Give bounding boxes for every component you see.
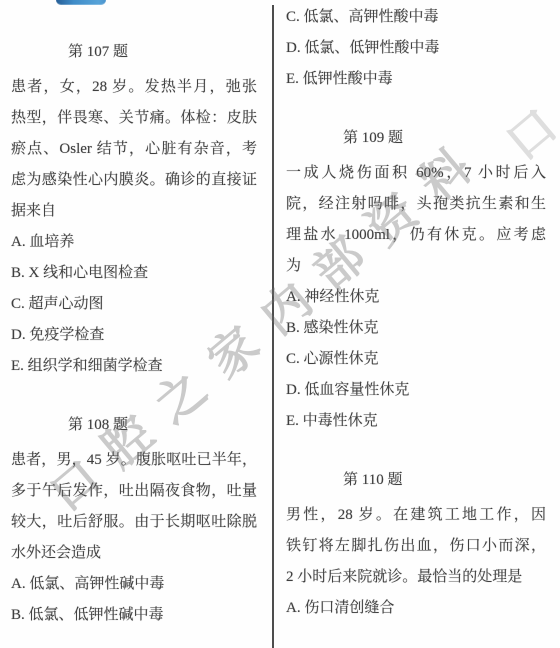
question-110-body-line: 男性，28 岁。在建筑工地工作，因	[286, 500, 546, 531]
question-108-option-c: C. 低氯、高钾性酸中毒	[286, 2, 546, 33]
question-107-option-c: C. 超声心动图	[11, 289, 257, 320]
question-109-option-d: D. 低血容量性休克	[286, 375, 546, 406]
question-108-body-line: 较大，吐后舒服。由于长期呕吐除脱	[11, 507, 257, 538]
question-109-header: 第 109 题	[286, 123, 546, 154]
question-109-body-line: 院，经注射吗啡，头孢类抗生素和生	[286, 189, 546, 220]
question-109-option-a: A. 神经性休克	[286, 282, 546, 313]
question-110-header: 第 110 题	[286, 465, 546, 496]
question-107-body-line: 据来自	[11, 196, 257, 227]
left-column: 第 107 题 患者，女，28 岁。发热半月，弛张 热型，伴畏寒、关节痛。体检：…	[0, 0, 273, 631]
question-108-body-line: 水外还会造成	[11, 538, 257, 569]
question-107-body-line: 热型，伴畏寒、关节痛。体检：皮肤	[11, 103, 257, 134]
question-109-body-line: 一成人烧伤面积 60%，7 小时后入	[286, 158, 546, 189]
question-107-option-b: B. X 线和心电图检查	[11, 258, 257, 289]
question-108-body-line: 患者，男，45 岁。腹胀呕吐已半年，	[11, 445, 257, 476]
question-107-option-a: A. 血培养	[11, 227, 257, 258]
question-109-body-line: 为	[286, 251, 546, 282]
question-109-option-c: C. 心源性休克	[286, 344, 546, 375]
question-107-body-line: 瘀点、Osler 结节，心脏有杂音，考	[11, 134, 257, 165]
question-109-option-b: B. 感染性休克	[286, 313, 546, 344]
question-107-option-d: D. 免疫学检查	[11, 320, 257, 351]
question-110-body-line: 2 小时后来院就诊。最恰当的处理是	[286, 562, 546, 593]
question-107-header: 第 107 题	[11, 37, 257, 68]
question-108-option-e: E. 低钾性酸中毒	[286, 64, 546, 95]
exam-document-page: 口腔之家内部资料 口 第 107 题 患者，女，28 岁。发热半月，弛张 热型，…	[0, 0, 560, 648]
question-108-option-b: B. 低氯、低钾性碱中毒	[11, 600, 257, 631]
question-108-option-d: D. 低氯、低钾性酸中毒	[286, 33, 546, 64]
question-107-option-e: E. 组织学和细菌学检查	[11, 351, 257, 382]
question-110-body-line: 铁钉将左脚扎伤出血，伤口小而深，	[286, 531, 546, 562]
question-110-option-a: A. 伤口清创缝合	[286, 593, 546, 624]
question-108-option-a: A. 低氯、高钾性碱中毒	[11, 569, 257, 600]
question-109-option-e: E. 中毒性休克	[286, 406, 546, 437]
question-108-body-line: 多于午后发作，吐出隔夜食物，吐量	[11, 476, 257, 507]
question-109-body-line: 理盐水 1000ml，仍有休克。应考虑	[286, 220, 546, 251]
question-107-body-line: 患者，女，28 岁。发热半月，弛张	[11, 72, 257, 103]
question-107-body-line: 虑为感染性心内膜炎。确诊的直接证	[11, 165, 257, 196]
question-108-header: 第 108 题	[11, 410, 257, 441]
right-column: C. 低氯、高钾性酸中毒 D. 低氯、低钾性酸中毒 E. 低钾性酸中毒 第 10…	[274, 0, 560, 624]
